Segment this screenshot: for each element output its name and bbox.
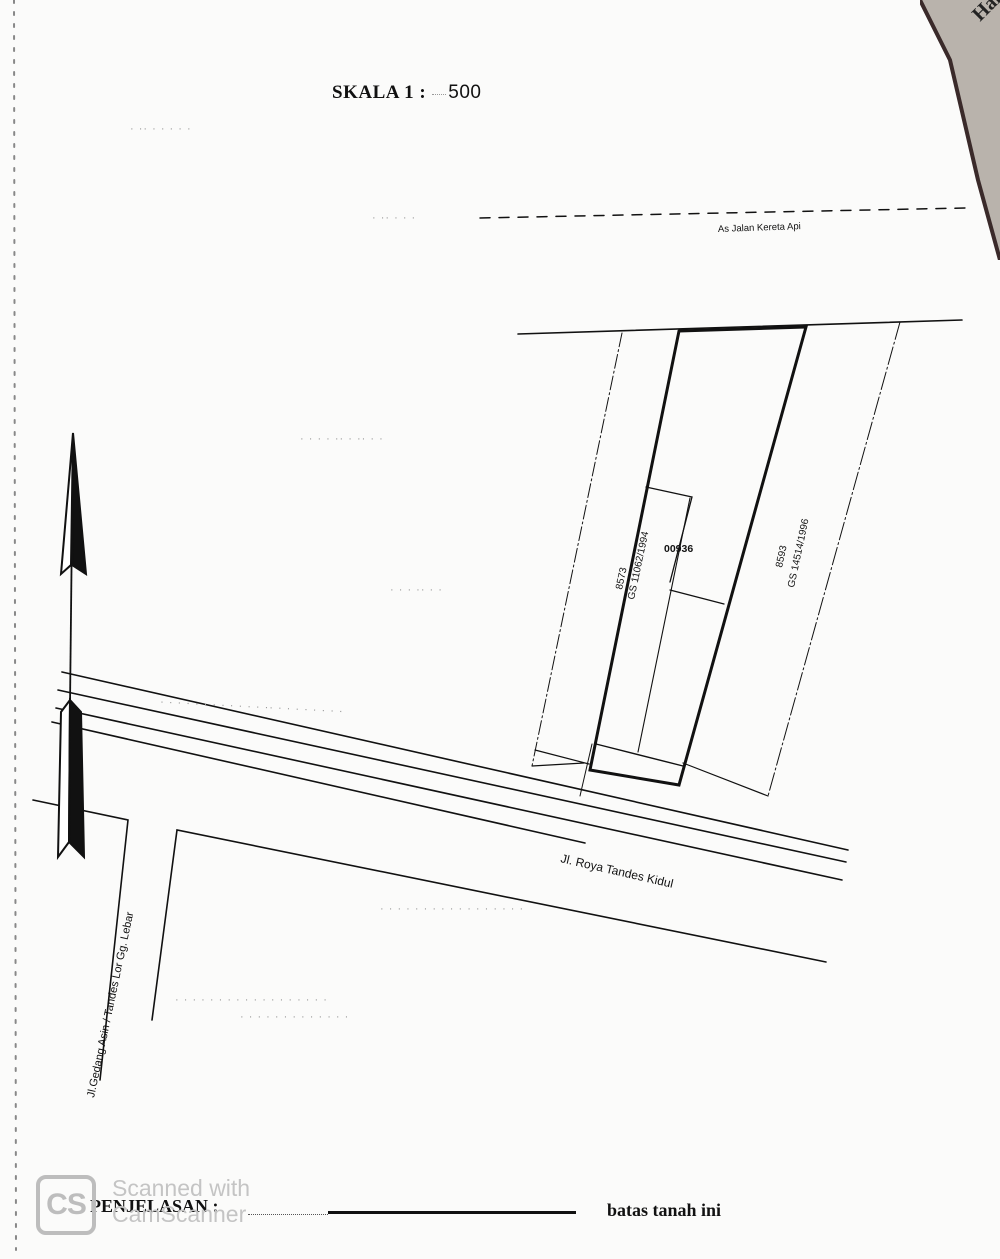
parcel-8593-ref: GS 14514/1996 xyxy=(786,517,811,588)
watermark-text: Scanned with CamScanner xyxy=(112,1175,250,1227)
watermark-line-1: Scanned with xyxy=(112,1175,250,1201)
building-outline xyxy=(646,487,692,582)
land-map: As Jalan Kereta Api 8573 GS 11062/1994 0… xyxy=(0,0,1000,1259)
svg-text:· · · · · · · · · · · · · ·: · · · · · · · · · · · · · · · · · · xyxy=(175,994,328,1006)
legend-item-text: batas tanah ini xyxy=(607,1200,721,1221)
parcel-00936-label: 00936 xyxy=(664,543,693,555)
legend-boundary-line-sample xyxy=(328,1211,576,1214)
svg-text:· ·· · · · · ·: · ·· · · · · · xyxy=(130,123,192,135)
side-road-right-edge xyxy=(152,830,826,1020)
svg-text:· · · · · · · · · · · · ·: · · · · · · · · · · · · · xyxy=(240,1011,349,1023)
svg-text:· · · · · · · · · · · · ·: · · · · · · · · · · · · · · · · · xyxy=(380,903,524,915)
svg-text:· ·· · · ·: · ·· · · · xyxy=(372,212,416,224)
rail-label: As Jalan Kereta Api xyxy=(718,221,801,235)
subject-parcel-boundary xyxy=(590,327,806,785)
main-road-label: Jl. Roya Tandes Kidul xyxy=(559,851,674,891)
road-edge-4 xyxy=(52,722,585,843)
parcel-8593-label: 8593 xyxy=(774,544,789,568)
svg-text:· · · · ·· · ·· · ·: · · · · ·· · ·· · · xyxy=(300,433,384,445)
camscanner-watermark: CS Scanned with CamScanner xyxy=(36,1175,296,1237)
top-boundary-line xyxy=(518,320,962,334)
side-road-label: Jl.Gedang Asin / Tandes Lor Gg. Lebar xyxy=(85,911,136,1099)
camscanner-logo-icon: CS xyxy=(36,1175,96,1235)
svg-text:· · · ·· · ·: · · · ·· · · xyxy=(390,584,443,596)
binding-edge xyxy=(14,0,16,1250)
parcel-8573-left-edge xyxy=(532,333,622,766)
watermark-line-2: CamScanner xyxy=(112,1201,250,1227)
railway-axis-line xyxy=(480,208,965,218)
north-arrow-icon xyxy=(58,433,86,857)
